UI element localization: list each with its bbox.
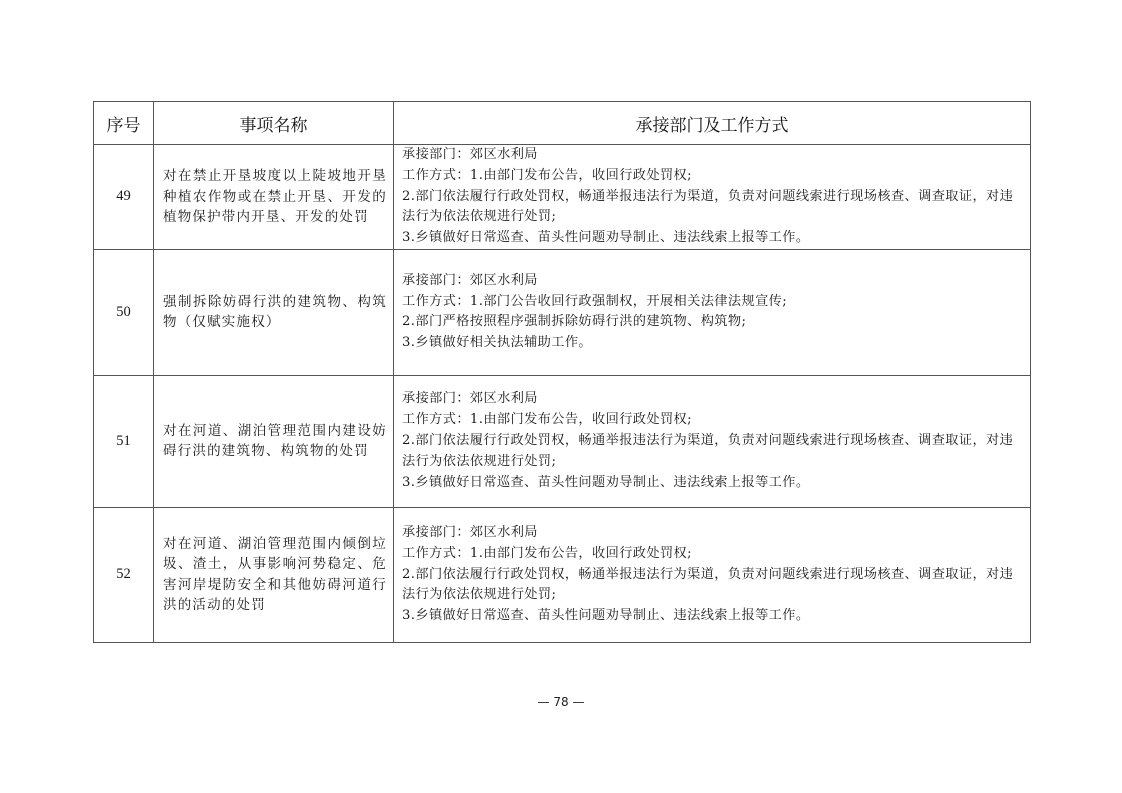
method-line-2: 2.部门依法履行行政处罚权，畅通举报违法行为渠道，负责对问题线索进行现场核查、调… (402, 565, 1024, 607)
method-line-1: 工作方式：1.由部门发布公告，收回行政处罚权; (402, 544, 1024, 565)
method-line-2: 2.部门严格按照程序强制拆除妨碍行洪的建筑物、构筑物; (402, 312, 1024, 333)
table-header-row: 序号 事项名称 承接部门及工作方式 (94, 102, 1031, 145)
method-line-3: 3.乡镇做好日常巡查、苗头性问题劝导制止、违法线索上报等工作。 (402, 473, 1024, 494)
department-method-cell: 承接部门：郊区水利局 工作方式：1.由部门发布公告，收回行政处罚权; 2.部门依… (394, 375, 1031, 507)
serial-number-cell: 51 (94, 375, 154, 507)
table-row: 50 强制拆除妨碍行洪的建筑物、构筑物（仅赋实施权） 承接部门：郊区水利局 工作… (94, 249, 1031, 375)
table-row: 51 对在河道、湖泊管理范围内建设妨碍行洪的建筑物、构筑物的处罚 承接部门：郊区… (94, 375, 1031, 507)
page-number: — 78 — (0, 695, 1122, 709)
header-serial-number: 序号 (94, 102, 154, 145)
table-row: 49 对在禁止开垦坡度以上陡坡地开垦种植农作物或在禁止开垦、开发的植物保护带内开… (94, 145, 1031, 250)
matter-name-cell: 对在河道、湖泊管理范围内建设妨碍行洪的建筑物、构筑物的处罚 (154, 375, 394, 507)
matter-name-cell: 对在河道、湖泊管理范围内倾倒垃圾、渣土，从事影响河势稳定、危害河岸堤防安全和其他… (154, 507, 394, 642)
department-method-cell: 承接部门：郊区水利局 工作方式：1.由部门发布公告，收回行政处罚权; 2.部门依… (394, 145, 1031, 250)
matter-name-cell: 对在禁止开垦坡度以上陡坡地开垦种植农作物或在禁止开垦、开发的植物保护带内开垦、开… (154, 145, 394, 250)
department-line: 承接部门：郊区水利局 (402, 145, 1024, 166)
department-line: 承接部门：郊区水利局 (402, 523, 1024, 544)
method-line-1: 工作方式：1.由部门发布公告，收回行政处罚权; (402, 410, 1024, 431)
header-matter-name: 事项名称 (154, 102, 394, 145)
department-line: 承接部门：郊区水利局 (402, 271, 1024, 292)
method-line-3: 3.乡镇做好日常巡查、苗头性问题劝导制止、违法线索上报等工作。 (402, 606, 1024, 627)
method-line-1: 工作方式：1.部门公告收回行政强制权，开展相关法律法规宣传; (402, 292, 1024, 313)
method-line-2: 2.部门依法履行行政处罚权，畅通举报违法行为渠道，负责对问题线索进行现场核查、调… (402, 187, 1024, 229)
department-line: 承接部门：郊区水利局 (402, 389, 1024, 410)
table-row: 52 对在河道、湖泊管理范围内倾倒垃圾、渣土，从事影响河势稳定、危害河岸堤防安全… (94, 507, 1031, 642)
method-line-2: 2.部门依法履行行政处罚权，畅通举报违法行为渠道，负责对问题线索进行现场核查、调… (402, 431, 1024, 473)
department-method-cell: 承接部门：郊区水利局 工作方式：1.由部门发布公告，收回行政处罚权; 2.部门依… (394, 507, 1031, 642)
serial-number-cell: 52 (94, 507, 154, 642)
method-line-3: 3.乡镇做好日常巡查、苗头性问题劝导制止、违法线索上报等工作。 (402, 228, 1024, 249)
serial-number-cell: 50 (94, 249, 154, 375)
header-department-method: 承接部门及工作方式 (394, 102, 1031, 145)
matter-name-cell: 强制拆除妨碍行洪的建筑物、构筑物（仅赋实施权） (154, 249, 394, 375)
department-method-cell: 承接部门：郊区水利局 工作方式：1.部门公告收回行政强制权，开展相关法律法规宣传… (394, 249, 1031, 375)
serial-number-cell: 49 (94, 145, 154, 250)
method-line-1: 工作方式：1.由部门发布公告，收回行政处罚权; (402, 166, 1024, 187)
method-line-3: 3.乡镇做好相关执法辅助工作。 (402, 333, 1024, 354)
matters-table: 序号 事项名称 承接部门及工作方式 49 对在禁止开垦坡度以上陡坡地开垦种植农作… (93, 101, 1031, 643)
